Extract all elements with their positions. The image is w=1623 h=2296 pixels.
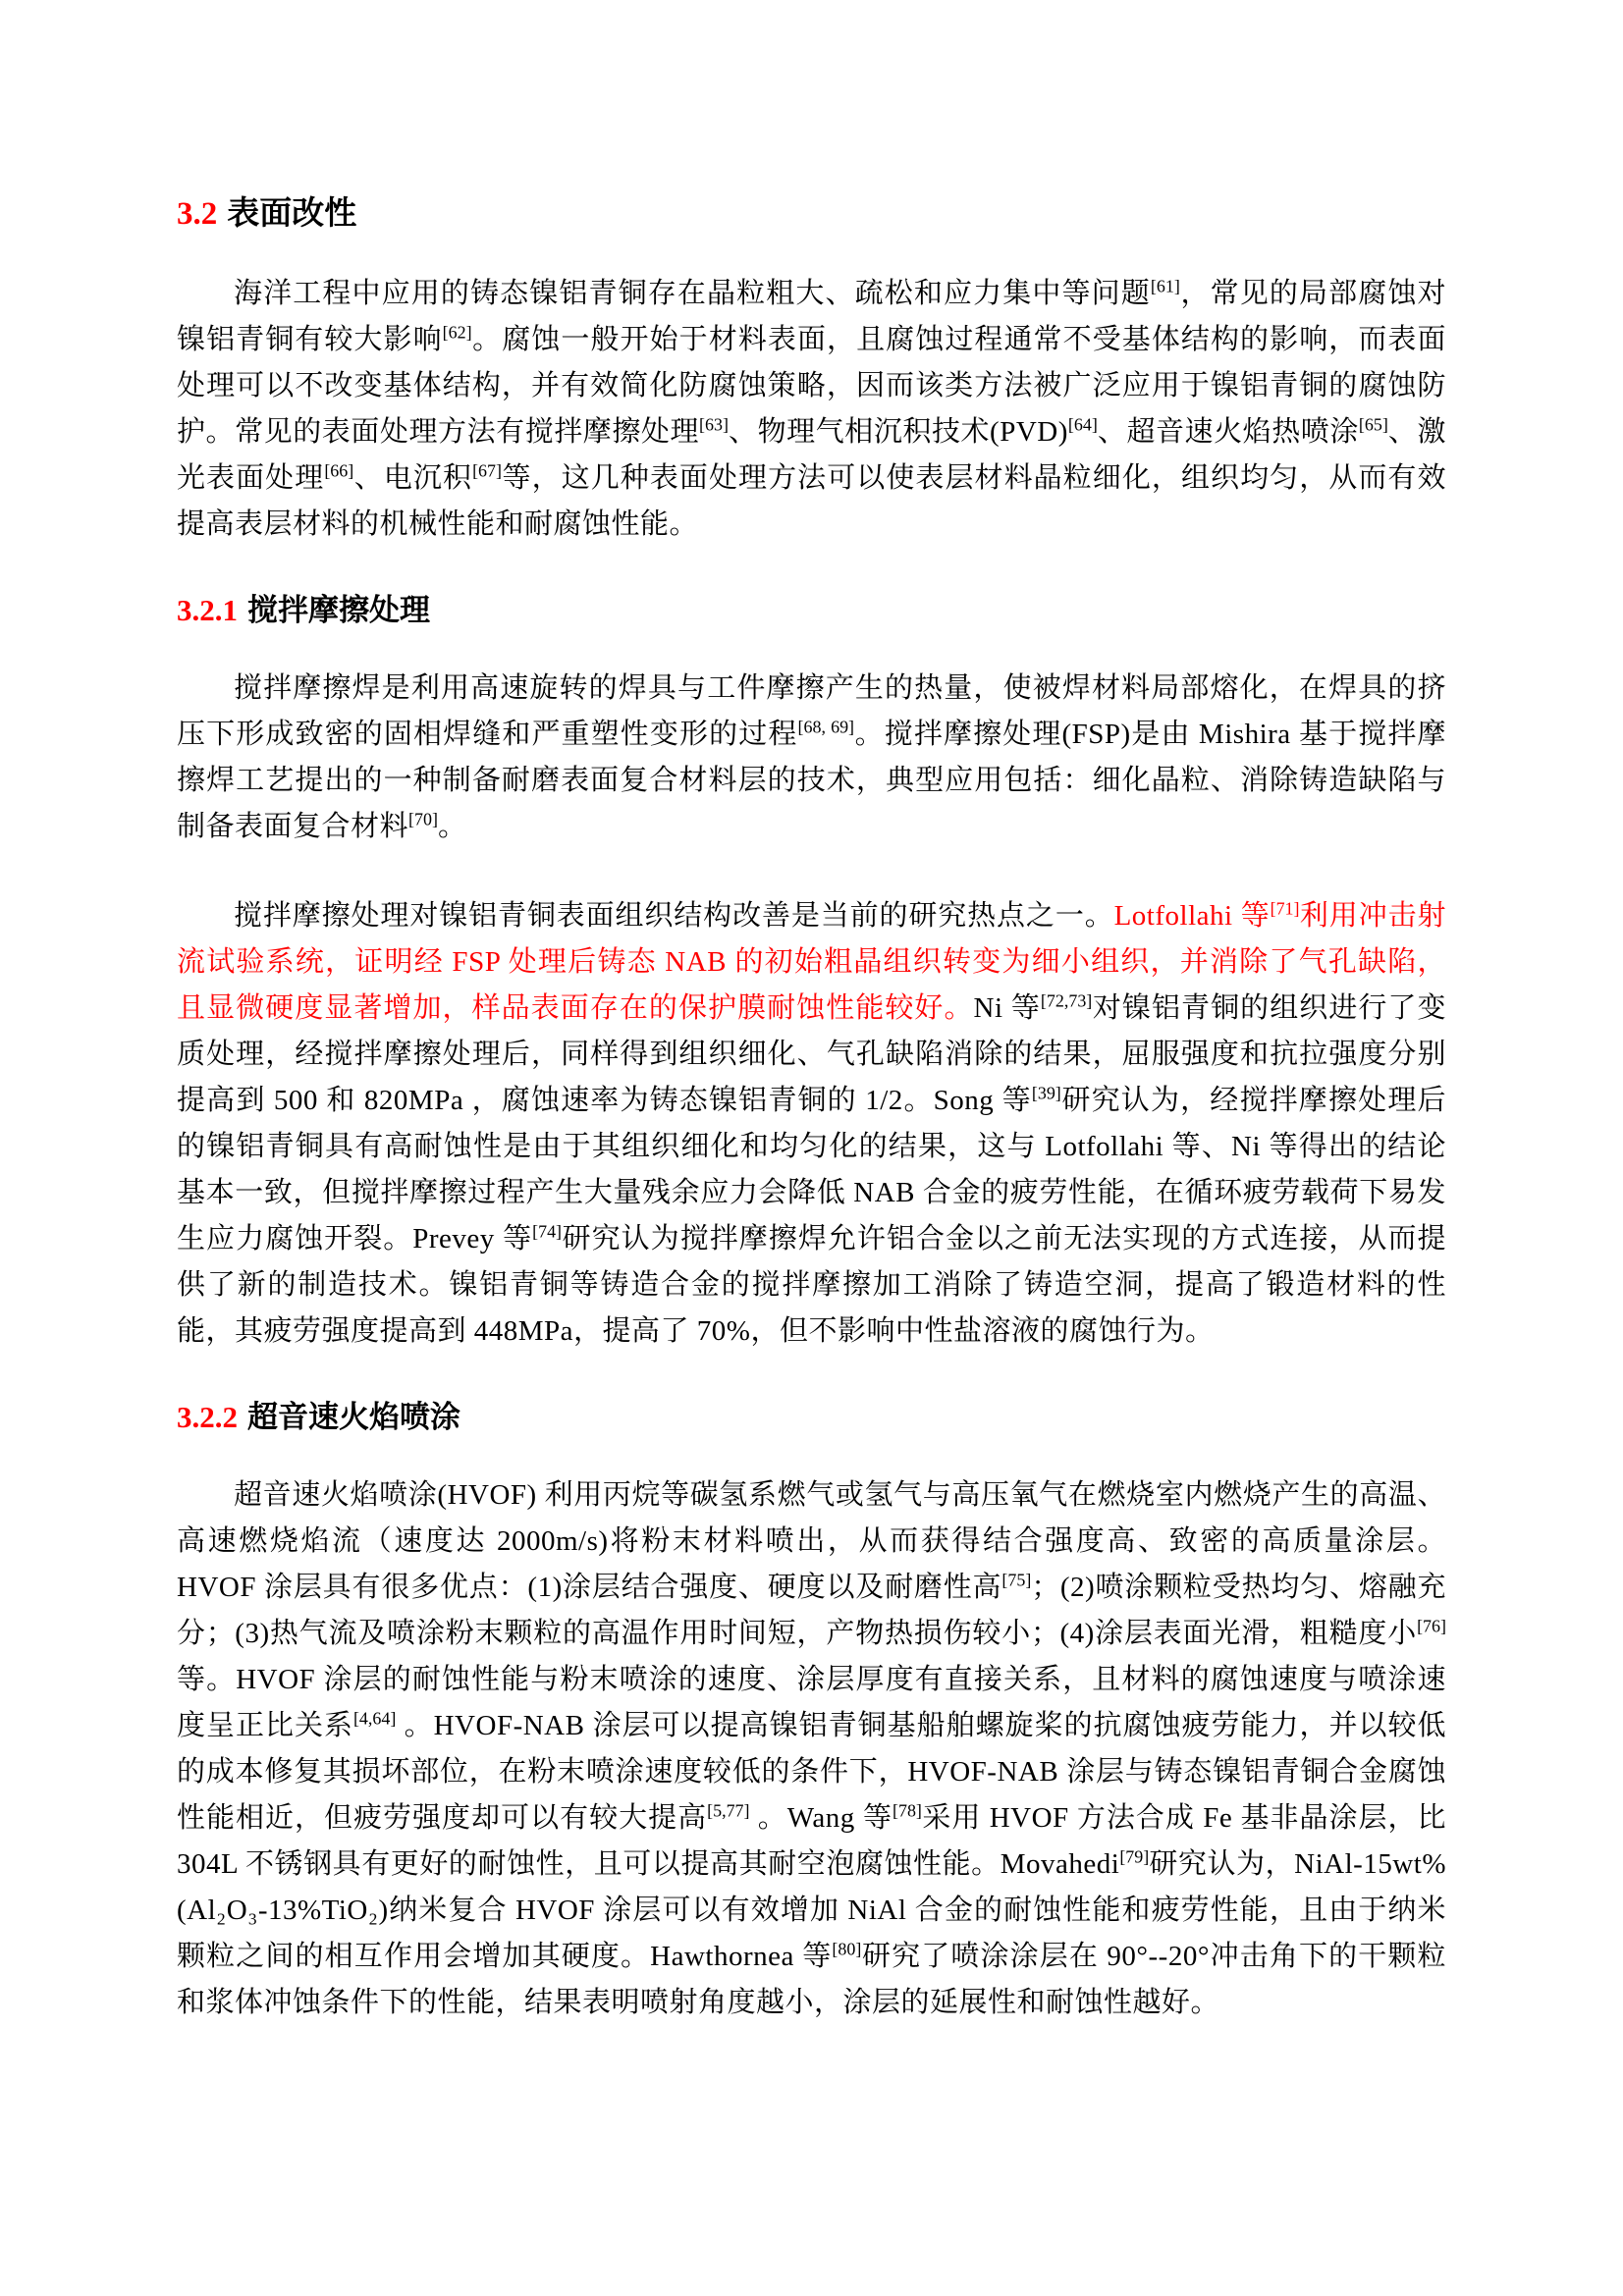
citation-ref: [61] xyxy=(1151,276,1180,295)
citation-ref: [5,77] xyxy=(707,1801,749,1821)
citation-ref: [67] xyxy=(472,460,502,480)
text-run: 搅拌摩擦处理对镍铝青铜表面组织结构改善是当前的研究热点之一。 xyxy=(234,900,1114,932)
citation-ref: [66] xyxy=(324,460,353,480)
text-run: Ni 等 xyxy=(974,992,1041,1024)
section-heading-3-2-1: 3.2.1搅拌摩擦处理 xyxy=(177,591,1446,630)
citation-ref: [74] xyxy=(532,1222,562,1242)
citation-ref: [71] xyxy=(1271,899,1300,919)
heading-title: 表面改性 xyxy=(227,194,356,231)
citation-ref: [68, 69] xyxy=(798,718,855,737)
text-run: 。 xyxy=(438,811,467,842)
citation-ref: [65] xyxy=(1359,414,1388,434)
document-page: 3.2表面改性 海洋工程中应用的铸态镍铝青铜存在晶粒粗大、疏松和应力集中等问题[… xyxy=(0,0,1623,2296)
heading-title: 超音速火焰喷涂 xyxy=(247,1400,460,1434)
citation-ref: [64] xyxy=(1068,414,1098,434)
paragraph-hvof-spraying: 超音速火焰喷涂(HVOF) 利用丙烷等碳氢系燃气或氢气与高压氧气在燃烧室内燃烧产… xyxy=(177,1472,1446,2026)
citation-ref: [80] xyxy=(832,1940,861,1959)
citation-ref: [62] xyxy=(443,322,472,342)
citation-ref: [72,73] xyxy=(1041,991,1092,1011)
citation-ref: [70] xyxy=(408,810,438,829)
paragraph-surface-modification-intro: 海洋工程中应用的铸态镍铝青铜存在晶粒粗大、疏松和应力集中等问题[61]，常见的局… xyxy=(177,271,1446,548)
citation-ref: [4,64] xyxy=(353,1709,396,1729)
heading-number: 3.2.1 xyxy=(177,593,238,627)
text-run: 。Wang 等 xyxy=(750,1802,893,1834)
section-heading-3-2: 3.2表面改性 xyxy=(177,192,1446,236)
text-run: 海洋工程中应用的铸态镍铝青铜存在晶粒粗大、疏松和应力集中等问题 xyxy=(234,278,1151,309)
text-run: Lotfollahi 等 xyxy=(1114,900,1271,932)
text-run: 、物理气相沉积技术(PVD) xyxy=(729,416,1068,448)
section-heading-3-2-2: 3.2.2超音速火焰喷涂 xyxy=(177,1398,1446,1437)
heading-number: 3.2 xyxy=(177,196,217,232)
heading-number: 3.2.2 xyxy=(177,1400,238,1434)
heading-title: 搅拌摩擦处理 xyxy=(247,593,430,627)
citation-ref: [39] xyxy=(1032,1084,1061,1103)
text-run: 、超音速火焰热喷涂 xyxy=(1098,416,1359,448)
citation-ref: [76] xyxy=(1417,1617,1446,1636)
citation-ref: [78] xyxy=(893,1801,922,1821)
citation-ref: [63] xyxy=(699,414,729,434)
text-run: 、电沉积 xyxy=(353,462,472,494)
paragraph-friction-stir-research: 搅拌摩擦处理对镍铝青铜表面组织结构改善是当前的研究热点之一。Lotfollahi… xyxy=(177,893,1446,1355)
citation-ref: [75] xyxy=(1001,1571,1031,1590)
citation-ref: [79] xyxy=(1119,1847,1149,1867)
paragraph-friction-stir-intro: 搅拌摩擦焊是利用高速旋转的焊具与工件摩擦产生的热量，使被焊材料局部熔化，在焊具的… xyxy=(177,666,1446,850)
